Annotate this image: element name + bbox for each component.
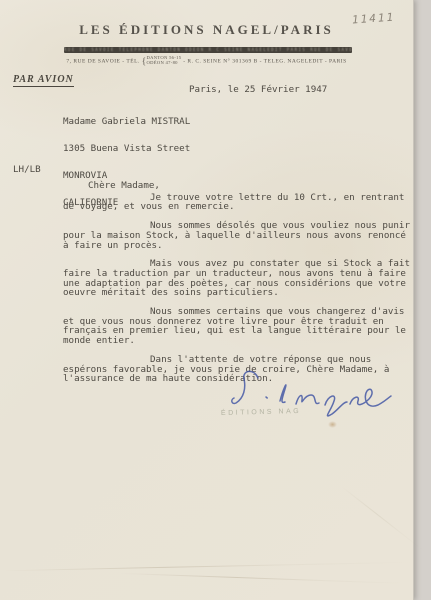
typist-reference: LH/LB [13,164,41,175]
paper-crease [120,573,410,584]
phone-brace-glyph: { [142,56,147,66]
body-paragraph: Nous sommes certains que vous changerez … [63,307,411,346]
recipient-line: MONROVIA [63,171,190,180]
address-prefix: 7, RUE DE SAVOIE - TÉL. [66,58,139,64]
paper-spot [328,421,337,428]
salutation: Chère Madame, [88,181,411,191]
publisher-title: LES ÉDITIONS NAGEL/PARIS [0,22,413,38]
letterhead-rule-band: RUE DE SAVOIE TELEPHONE DANTON ODEON R C… [64,47,352,53]
letterhead-band-overprint: RUE DE SAVOIE TELEPHONE DANTON ODEON R C… [64,47,352,53]
body-paragraph: Mais vous avez pu constater que si Stock… [63,259,411,298]
recipient-line: 1305 Buena Vista Street [63,144,190,153]
letterhead-address-line: 7, RUE DE SAVOIE - TÉL. {DANTON 56-15ODÉ… [0,56,413,66]
recipient-line: Madame Gabriela MISTRAL [63,117,190,126]
par-avion-label: PAR AVION [13,74,74,87]
body-paragraph: Je trouve votre lettre du 10 Crt., en re… [63,193,411,212]
scan-background: { "scan": { "archive_number": "11411" },… [0,0,431,600]
letter-paper: 11411 LES ÉDITIONS NAGEL/PARIS RUE DE SA… [0,0,414,600]
paper-crease [341,486,428,555]
paper-crease [0,562,413,572]
body-paragraph: Nous sommes désolés que vous vouliez nou… [63,221,411,250]
dateline: Paris, le 25 Février 1947 [189,84,327,95]
address-suffix: - R. C. SEINE N° 301369 B - TELEG. NAGEL… [183,58,346,64]
phone-stack: DANTON 56-15ODÉON 47-80 [147,56,182,66]
phone-line-2: ODÉON 47-80 [147,60,178,65]
